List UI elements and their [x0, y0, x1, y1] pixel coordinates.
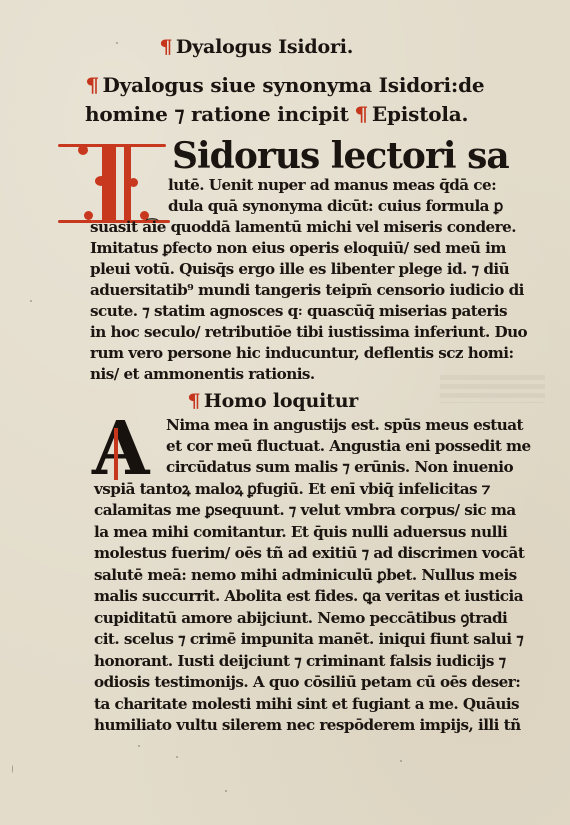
section-line: odiosis testimonijs. A quo cōsiliū petam…: [94, 675, 520, 690]
section-line: la mea mihi comitantur. Et q̄uis nulli a…: [94, 525, 507, 540]
paper-speck: [225, 790, 227, 792]
section-line: ta charitate molesti mihi sint et fugian…: [94, 697, 519, 712]
section-line: molestus fuerim/ oēs tñ ad exitiū ⁊ ad d…: [94, 546, 524, 561]
section-line: malis succurrit. Abolita est fides. ꝗa v…: [94, 589, 523, 604]
section-heading: ¶Homo loquitur: [188, 392, 358, 411]
paper-speck: [12, 765, 13, 773]
heading-line-1-text: Dyalogus Isidori.: [176, 36, 353, 58]
section-line: calamitas me ꝑsequunt. ⁊ velut vmbra cor…: [94, 503, 516, 518]
section-line: humiliato vultu silerem nec respōderem i…: [94, 718, 521, 733]
epistola-line: in hoc seculo/ retributiōe tibi iustissi…: [90, 325, 527, 340]
epistola-line: scute. ⁊ statim agnosces q꞉ quascūq̄ mis…: [90, 304, 507, 319]
paper-speck: [400, 760, 402, 762]
epistola-line: dula quā synonyma dicūt: cuius formula ꝑ: [168, 199, 503, 214]
epistola-line: suasit a͡ie quoddā lamentū michi vel mis…: [90, 220, 516, 235]
manuscript-page: ¶Dyalogus Isidori. ¶Dyalogus siue synony…: [0, 0, 570, 825]
section-line: et cor meū fluctuat. Angustia eni possed…: [166, 439, 531, 454]
epistola-line: pleui votū. Quisq̄s ergo ille es libente…: [90, 262, 509, 277]
paper-speck: [176, 756, 178, 758]
paper-speck: [30, 300, 32, 302]
epistola-opening: Sidorus lectori sa: [172, 138, 509, 174]
epistola-line: Imitatus ꝑfecto non eius operis eloquiū/…: [90, 241, 506, 256]
epistola-line: aduersitatib⁹ mundi tangeris teipm̄ cens…: [90, 283, 524, 298]
section-line: salutē meā: nemo mihi adminiculū ꝑbet. N…: [94, 568, 517, 583]
section-line: vspiā tantoꝝ maloꝝ ꝑfugiū. Et enī vbiq̄ …: [94, 482, 490, 497]
epistola-line: rum vero persone hic inducuntur, deflent…: [90, 346, 514, 361]
heading-line-2: ¶Dyalogus siue synonyma Isidori:de: [86, 75, 484, 95]
heading-line-3-text: homine ⁊ ratione incipit: [85, 102, 349, 126]
red-initial-i: [58, 140, 170, 226]
section-line: cit. scelus ⁊ crimē impunita manēt. iniq…: [94, 632, 523, 647]
paper-speck: [138, 745, 140, 747]
heading-line-1: ¶Dyalogus Isidori.: [160, 38, 353, 57]
initial-a-rubric: [114, 428, 118, 480]
paper-speck: [116, 42, 118, 44]
section-heading-text: Homo loquitur: [204, 390, 358, 412]
epistola-line: lutē. Uenit nuper ad manus meas q̄dā ce:: [168, 178, 496, 193]
pilcrow-mark: ¶: [355, 104, 369, 124]
heading-line-3-tail: Epistola.: [372, 102, 468, 126]
pilcrow-mark: ¶: [85, 75, 99, 95]
bleed-through: [440, 375, 545, 403]
section-line: Nima mea in angustijs est. spūs meus est…: [166, 418, 523, 433]
heading-line-2-text: Dyalogus siue synonyma Isidori:de: [103, 73, 485, 97]
epistola-line: nis/ et ammonentis rationis.: [90, 367, 315, 382]
section-line: honorant. Iusti deijciunt ⁊ criminant fa…: [94, 654, 506, 669]
pilcrow-mark: ¶: [159, 38, 172, 57]
section-line: circūdatus sum malis ⁊ erūnis. Non inuen…: [166, 460, 513, 475]
initial-a-glyph: A: [92, 412, 149, 486]
epistola-opening-text: Sidorus lectori sa: [172, 135, 509, 177]
black-initial-a: A: [92, 418, 160, 484]
pilcrow-mark: ¶: [187, 392, 200, 411]
heading-line-3: homine ⁊ ratione incipit ¶Epistola.: [85, 104, 468, 124]
section-line: cupiditatū amore abijciunt. Nemo peccāti…: [94, 611, 507, 626]
